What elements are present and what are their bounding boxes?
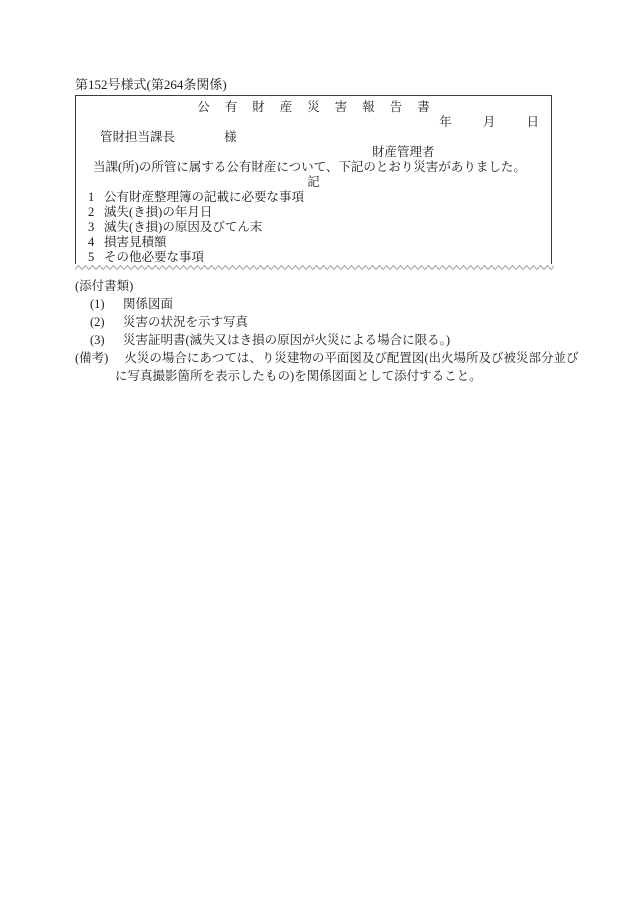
item-text: 滅失(き損)の原因及びてん末 <box>104 220 262 234</box>
item-number: 5 <box>88 250 104 265</box>
form-item-5: 5その他必要な事項 <box>76 250 551 265</box>
attachment-item-3: (3)災害証明書(滅失又はき損の原因が火災による場合に限る。) <box>75 331 565 349</box>
sender-label: 財産管理者 <box>76 145 551 160</box>
attachment-text: 災害証明書(滅失又はき損の原因が火災による場合に限る。) <box>123 333 450 347</box>
report-form-box: 公有財産災害報告書 年 月 日 管財担当課長 様 財産管理者 当課(所)の所管に… <box>75 95 552 264</box>
item-number: 1 <box>88 190 104 205</box>
item-text: 公有財産整理簿の記載に必要な事項 <box>104 190 304 204</box>
attachment-number: (3) <box>90 331 123 349</box>
attachment-text: 関係図面 <box>123 297 173 311</box>
attachment-item-1: (1)関係図面 <box>75 295 565 313</box>
remarks-line-2: に写真撮影箇所を表示したもの)を関係図面として添付すること。 <box>75 367 565 385</box>
addressee-line: 管財担当課長 様 <box>76 130 551 145</box>
body-sentence: 当課(所)の所管に属する公有財産について、下記のとおり災害がありました。 <box>76 160 551 175</box>
form-number-label: 第152号様式(第264条関係) <box>75 77 227 93</box>
year-label: 年 <box>439 115 452 129</box>
tear-line-zigzag <box>75 264 554 271</box>
day-label: 日 <box>526 115 539 129</box>
item-number: 3 <box>88 220 104 235</box>
form-title: 公有財産災害報告書 <box>76 100 551 115</box>
item-text: 損害見積額 <box>104 235 167 249</box>
attachment-text: 災害の状況を示す写真 <box>123 315 248 329</box>
form-item-3: 3滅失(き損)の原因及びてん末 <box>76 220 551 235</box>
item-number: 4 <box>88 235 104 250</box>
remarks-line-1: (備考)火災の場合にあつては、り災建物の平面図及び配置図(出火場所及び被災部分並… <box>75 349 565 367</box>
attachment-item-2: (2)災害の状況を示す写真 <box>75 313 565 331</box>
form-item-1: 1公有財産整理簿の記載に必要な事項 <box>76 190 551 205</box>
remarks-label: (備考) <box>75 351 108 365</box>
attachment-number: (2) <box>90 313 123 331</box>
date-line: 年 月 日 <box>76 115 551 130</box>
item-text: 滅失(き損)の年月日 <box>104 205 212 219</box>
honorific-label: 様 <box>224 130 237 144</box>
form-item-2: 2滅失(き損)の年月日 <box>76 205 551 220</box>
remarks-text: 火災の場合にあつては、り災建物の平面図及び配置図(出火場所及び被災部分並び <box>124 351 578 365</box>
attachments-header: (添付書類) <box>75 277 565 295</box>
item-text: その他必要な事項 <box>104 250 204 264</box>
record-marker: 記 <box>76 175 551 190</box>
addressee-title: 管財担当課長 <box>100 130 175 144</box>
document-page: 第152号様式(第264条関係) 公有財産災害報告書 年 月 日 管財担当課長 … <box>0 0 630 903</box>
month-label: 月 <box>483 115 496 129</box>
attachments-section: (添付書類) (1)関係図面 (2)災害の状況を示す写真 (3)災害証明書(滅失… <box>75 277 565 385</box>
item-number: 2 <box>88 205 104 220</box>
attachment-number: (1) <box>90 295 123 313</box>
form-item-4: 4損害見積額 <box>76 235 551 250</box>
